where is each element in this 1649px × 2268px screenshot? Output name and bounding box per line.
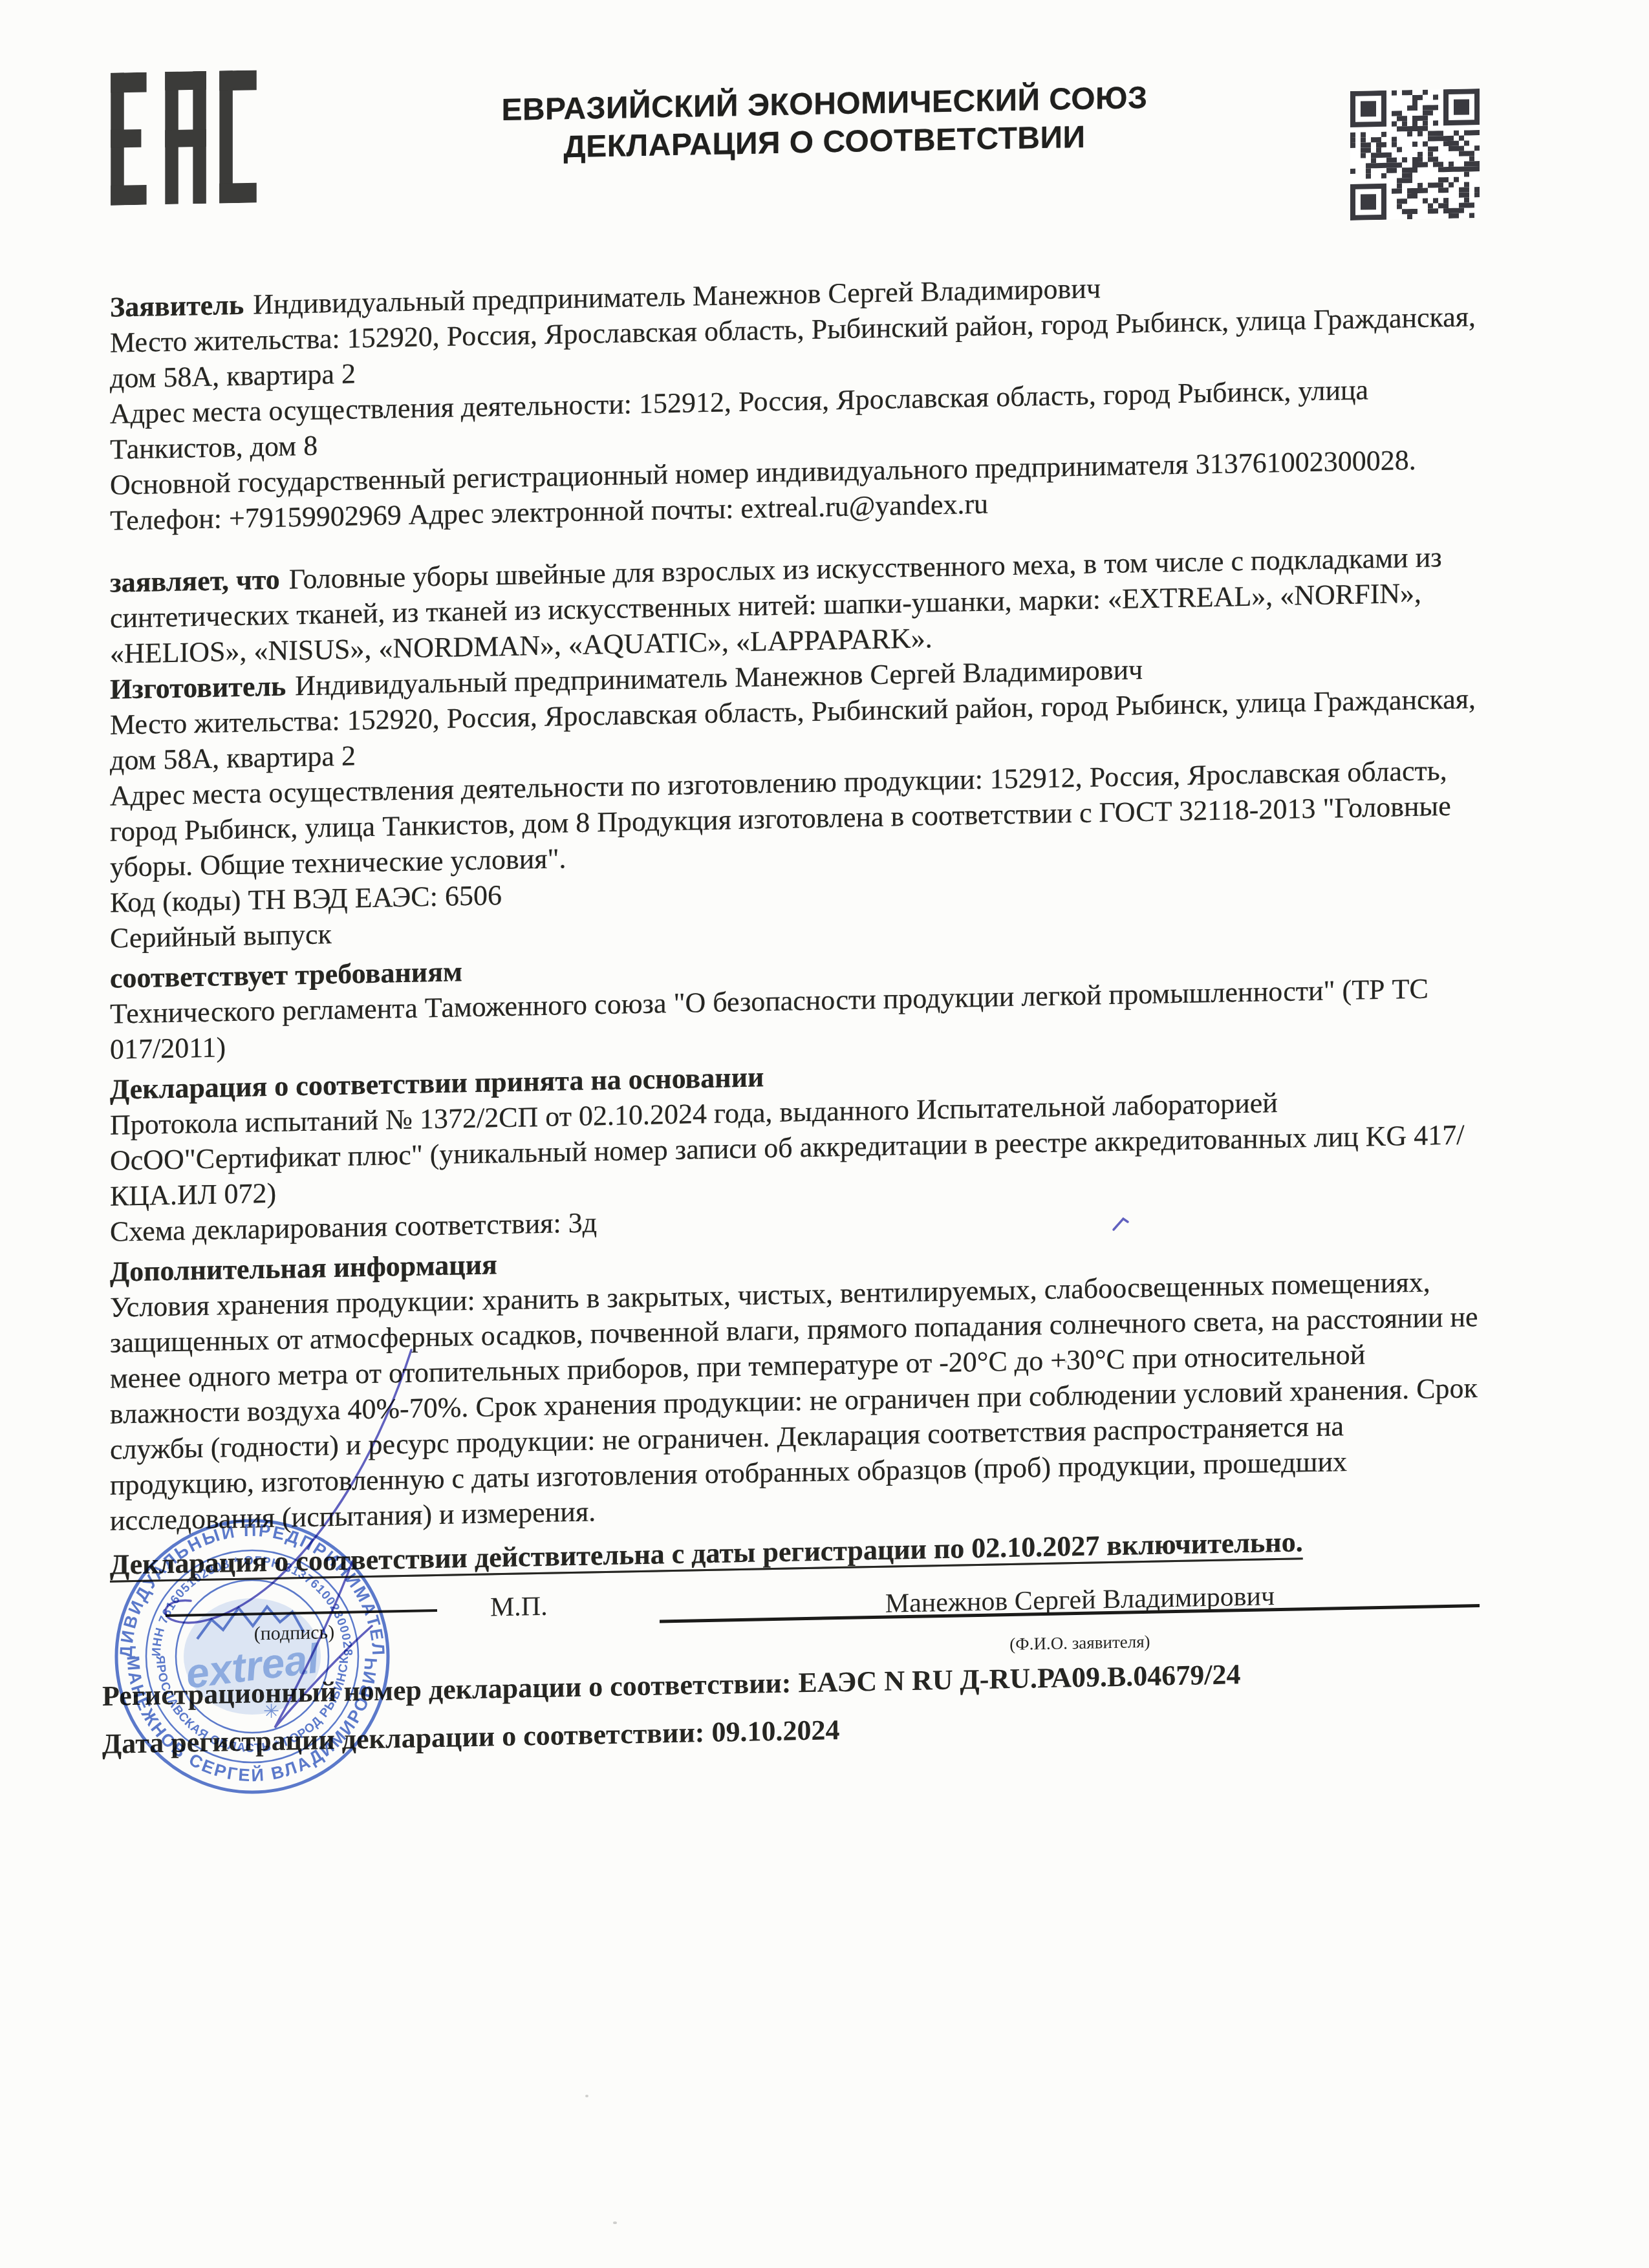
applicant-fio-signature: Манежнов Сергей Владимирович <box>660 1576 1500 1623</box>
qr-code <box>1350 89 1480 220</box>
signature-line <box>166 1609 437 1617</box>
document-sheet: ЕВРАЗИЙСКИЙ ЭКОНОМИЧЕСКИЙ СОЮЗ ДЕКЛАРАЦИ… <box>0 0 1649 2268</box>
additional-info-text: Условия хранения продукции: хранить в за… <box>110 1263 1480 1539</box>
applicant-label: Заявитель <box>110 289 244 323</box>
document-body: ЗаявительИндивидуальный предприниматель … <box>110 263 1480 1583</box>
registration-date-line: Дата регистрации декларации о соответств… <box>102 1713 839 1760</box>
declares-label: заявляет, что <box>110 564 280 599</box>
signature-caption: (подпись) <box>188 1620 401 1646</box>
stamp-place-label: М.П. <box>490 1591 548 1623</box>
manufacturer-label: Изготовитель <box>110 670 286 705</box>
registration-number-line: Регистрационный номер декларации о соотв… <box>102 1658 1241 1713</box>
fio-caption: (Ф.И.О. заявителя) <box>660 1625 1500 1661</box>
